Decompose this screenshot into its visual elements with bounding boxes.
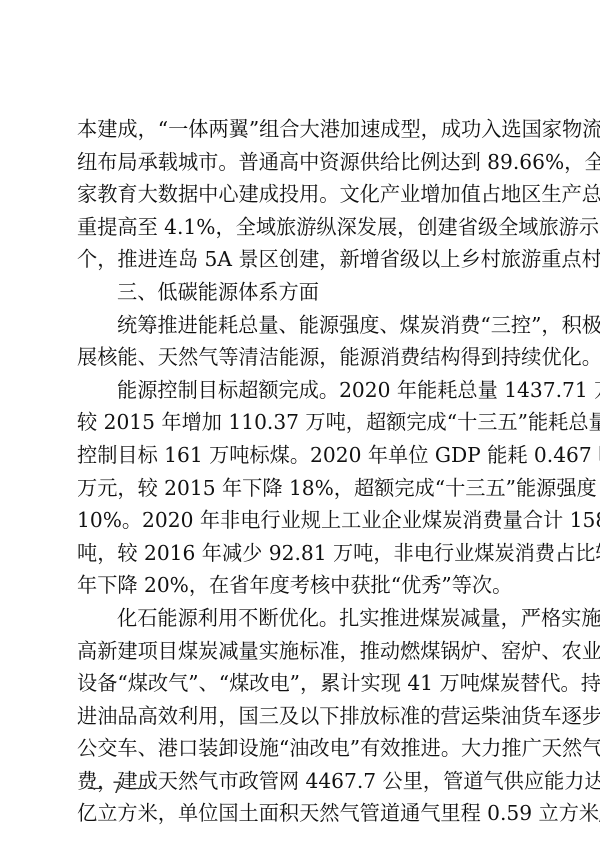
- page-number: — 7 —: [87, 778, 149, 797]
- text-line: 较 2015 年增加 110.37 万吨，超额完成“十三五”能耗总量增量: [77, 406, 525, 439]
- text-line: 控制目标 161 万吨标煤。2020 年单位 GDP 能耗 0.467 吨标煤/: [77, 439, 525, 472]
- text-line: 展核能、天然气等清洁能源，能源消费结构得到持续优化。: [77, 341, 525, 374]
- text-line: 年下降 20%，在省年度考核中获批“优秀”等次。: [77, 569, 525, 602]
- text-line: 10%。2020 年非电行业规上工业企业煤炭消费量合计 158.83 万: [77, 504, 525, 537]
- text-line: 本建成，“一体两翼”组合大港加速成型，成功入选国家物流枢: [77, 113, 525, 146]
- text-line: 进油品高效利用，国三及以下排放标准的营运柴油货车逐步淘汰，: [77, 700, 525, 733]
- text-line: 亿立方米，单位国土面积天然气管道通气里程 0.59 立方米/平方: [77, 797, 525, 830]
- text-line: 吨，较 2016 年减少 92.81 万吨，非电行业煤炭消费占比较 2015: [77, 537, 525, 570]
- text-line: 能源控制目标超额完成。2020 年能耗总量 1437.71 万吨标煤，: [77, 374, 525, 407]
- document-body: 本建成，“一体两翼”组合大港加速成型，成功入选国家物流枢 纽布局承载城市。普通高…: [77, 113, 525, 830]
- text-line: 重提高至 4.1%，全域旅游纵深发展，创建省级全域旅游示范区 2: [77, 211, 525, 244]
- text-line: 万元，较 2015 年下降 18%，超额完成“十三五”能源强度目标: [77, 472, 525, 505]
- text-line: 家教育大数据中心建成投用。文化产业增加值占地区生产总值比: [77, 178, 525, 211]
- text-line: 公交车、港口装卸设施“油改电”有效推进。大力推广天然气消: [77, 732, 525, 765]
- section-heading: 三、低碳能源体系方面: [77, 276, 525, 309]
- text-line: 设备“煤改气”、“煤改电”，累计实现 41 万吨煤炭替代。持续推: [77, 667, 525, 700]
- text-line: 纽布局承载城市。普通高中资源供给比例达到 89.66%，全省首: [77, 146, 525, 179]
- text-line: 个，推进连岛 5A 景区创建，新增省级以上乡村旅游重点村 3 个。: [77, 243, 525, 276]
- text-line: 化石能源利用不断优化。扎实推进煤炭减量，严格实施并提: [77, 602, 525, 635]
- text-line: 高新建项目煤炭减量实施标准，推动燃煤锅炉、窑炉、农业烘干: [77, 635, 525, 668]
- text-line: 统筹推进能耗总量、能源强度、煤炭消费“三控”，积极发: [77, 309, 525, 342]
